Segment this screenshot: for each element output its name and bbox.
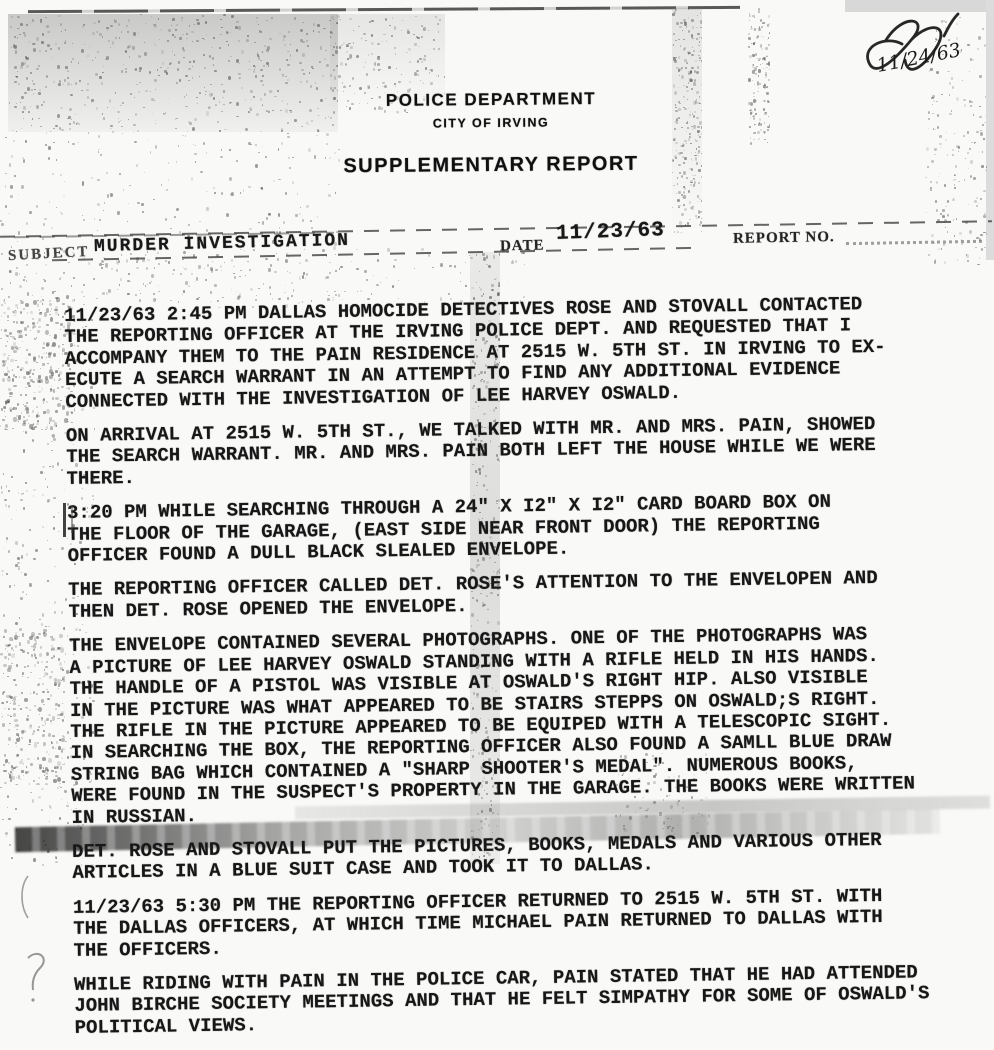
report-paragraph: 3:20 PM WHILE SEARCHING THROUGH A 24" X …	[67, 490, 954, 567]
margin-pen-mark-1	[14, 872, 44, 922]
report-paragraph: WHILE RIDING WITH PAIN IN THE POLICE CAR…	[74, 962, 961, 1039]
handwritten-date: 11/24/63	[875, 39, 963, 77]
margin-pen-mark-2	[20, 950, 54, 1010]
divider-rule-report-no	[846, 240, 982, 245]
police-report-page: 11/24/63 POLICE DEPARTMENT CITY OF IRVIN…	[0, 0, 994, 1050]
scan-top-edge-line	[28, 6, 740, 13]
report-body: 11/23/63 2:45 PM DALLAS HOMOCIDE DETECTI…	[64, 293, 961, 1050]
report-paragraph: 11/23/63 5:30 PM THE REPORTING OFFICER R…	[73, 885, 960, 962]
report-paragraph: ON ARRIVAL AT 2515 W. 5TH ST., WE TALKED…	[66, 413, 953, 490]
header-department: POLICE DEPARTMENT	[0, 86, 988, 115]
report-paragraph: 11/23/63 2:45 PM DALLAS HOMOCIDE DETECTI…	[64, 293, 951, 413]
report-paragraph: THE ENVELOPE CONTAINED SEVERAL PHOTOGRAP…	[69, 623, 958, 829]
date-value: 11/23/63	[556, 219, 666, 246]
photocopy-smudge-top-left	[8, 14, 338, 132]
header-report-type: SUPPLEMENTARY REPORT	[0, 150, 988, 182]
photocopy-blob-left-2	[0, 625, 65, 785]
header-city: CITY OF IRVING	[0, 112, 988, 135]
margin-tick-mark-2	[71, 506, 73, 533]
report-paragraph: THE REPORTING OFFICER CALLED DET. ROSE'S…	[68, 567, 955, 623]
date-label: DATE	[500, 238, 545, 256]
subject-label: SUBJECT	[8, 244, 90, 265]
report-no-label: REPORT NO.	[733, 229, 835, 248]
margin-tick-mark	[63, 503, 66, 537]
handwritten-signature: 11/24/63	[852, 6, 988, 94]
report-paragraph: DET. ROSE AND STOVALL PUT THE PICTURES, …	[72, 829, 959, 885]
